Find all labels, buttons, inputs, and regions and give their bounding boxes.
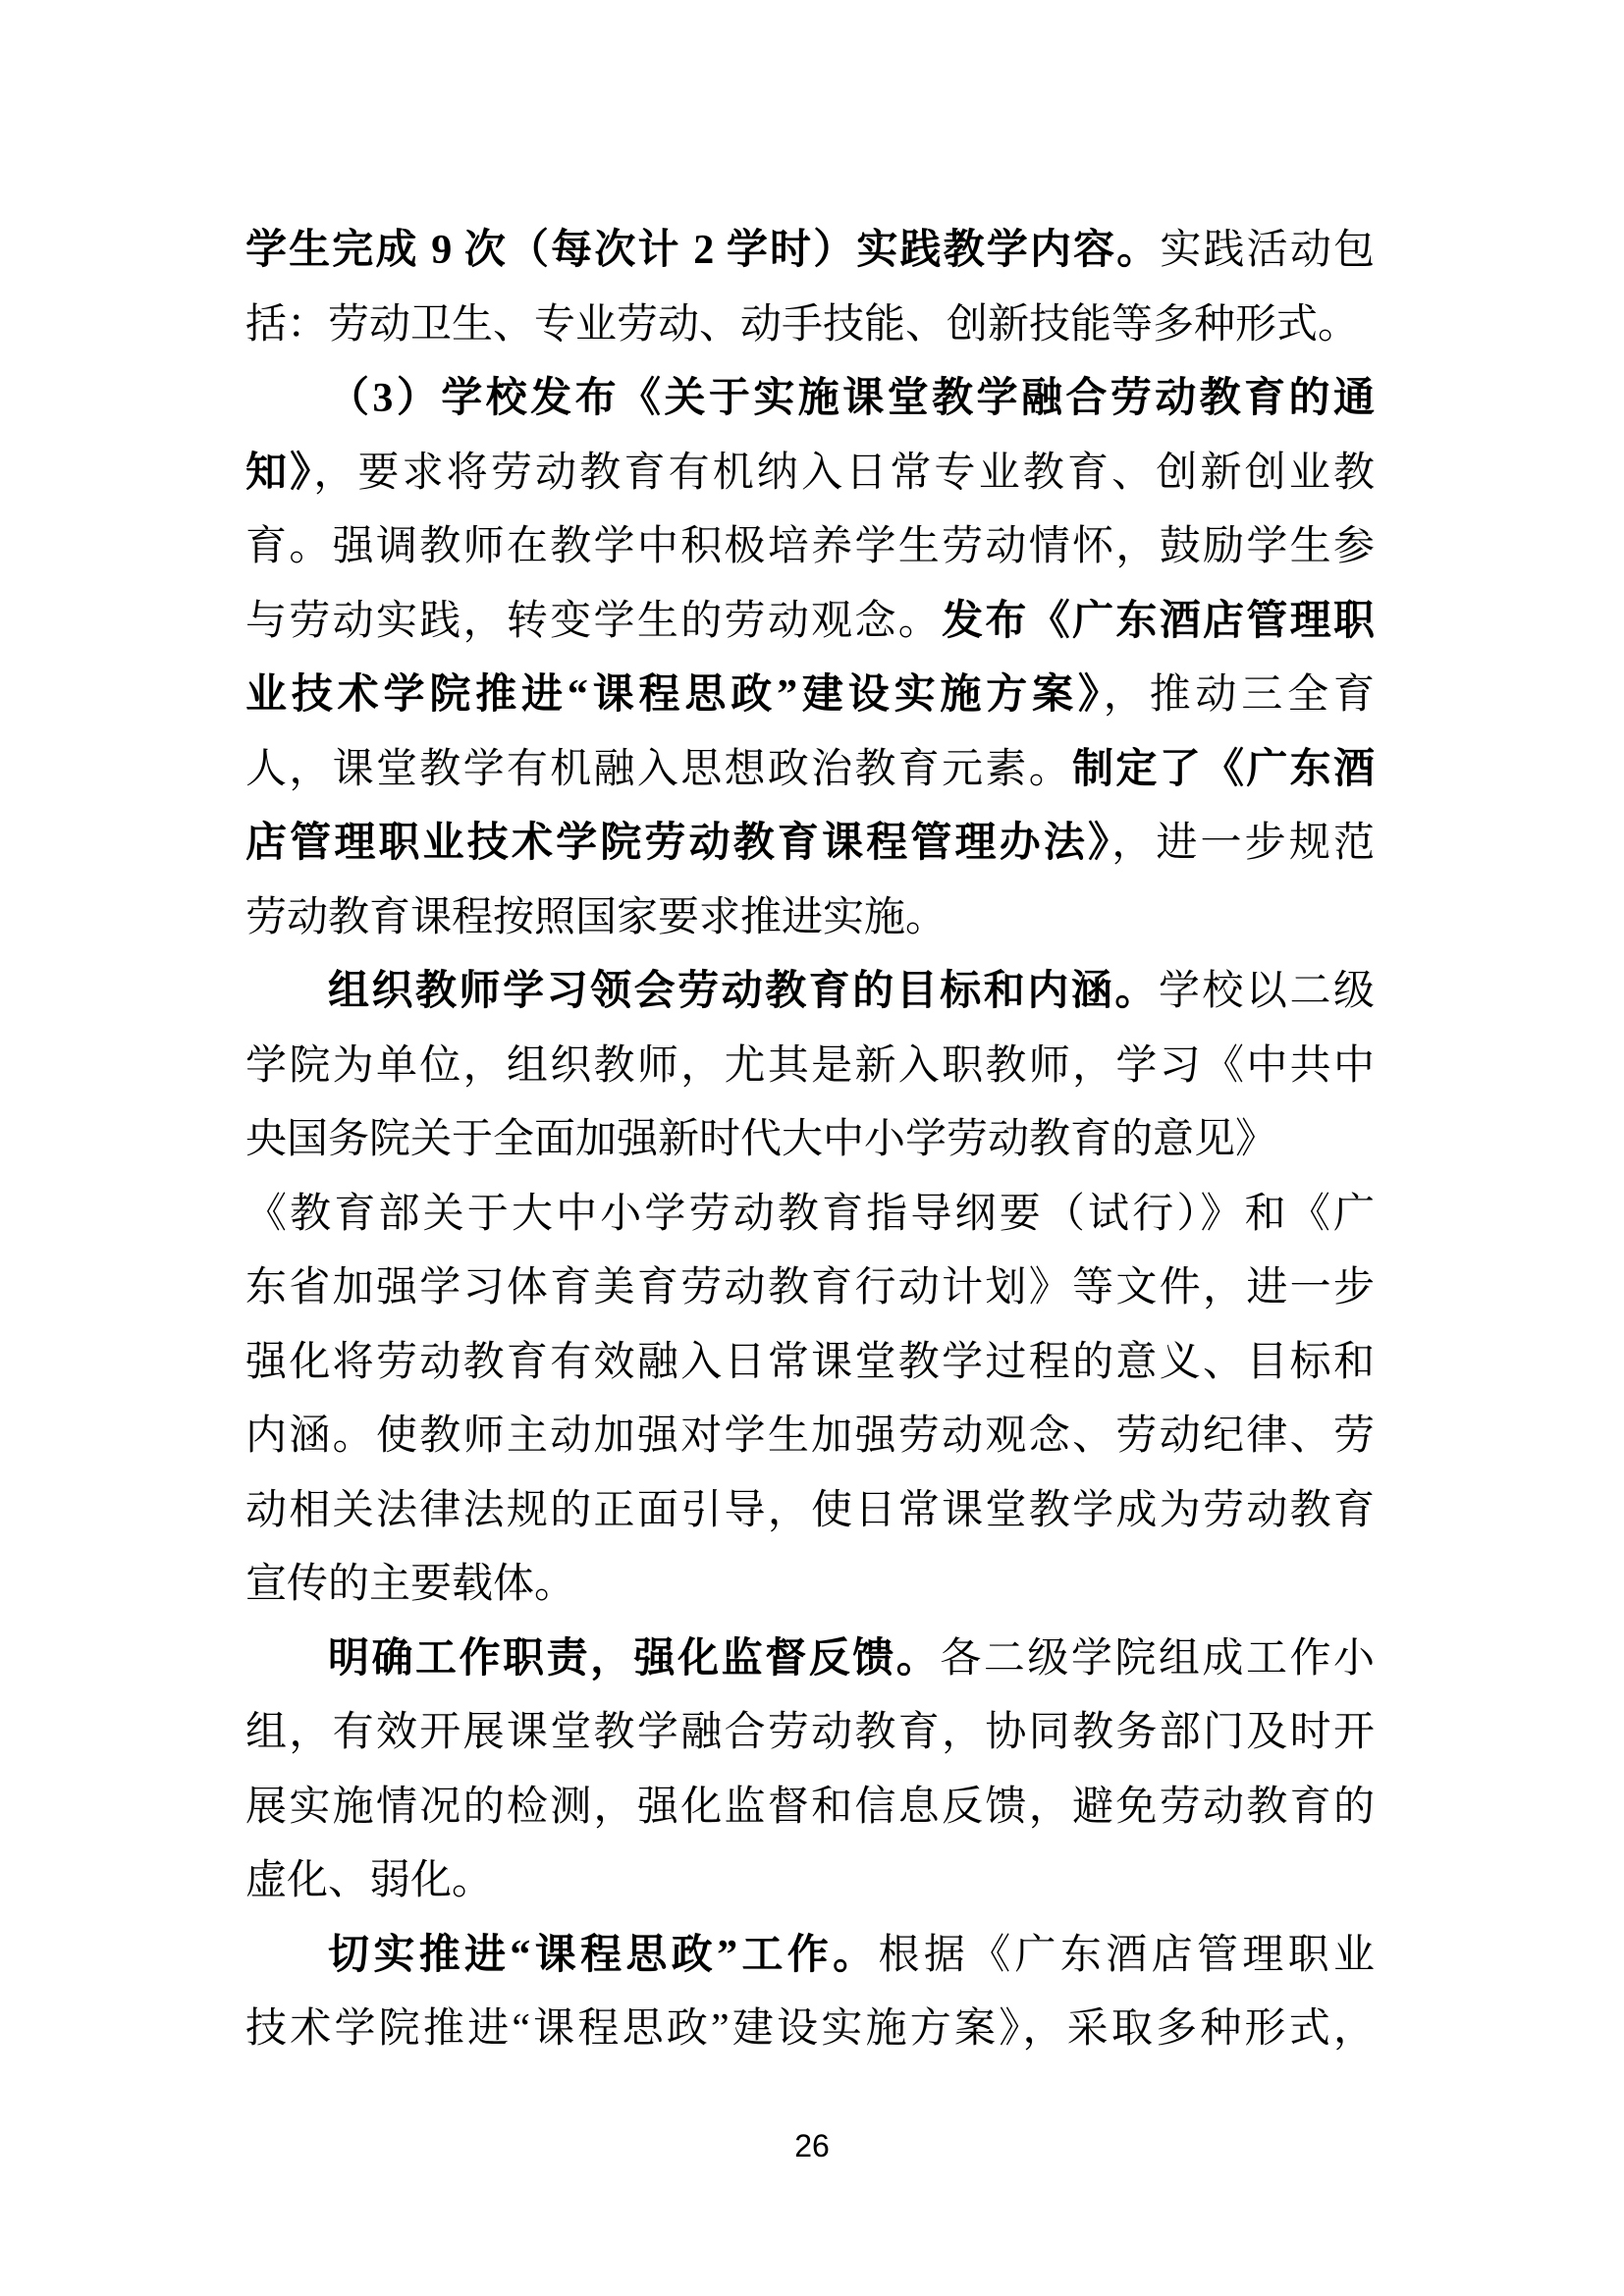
text-line: 学院为单位，组织教师，尤其是新入职教师，学习《中共中 (245, 1030, 1375, 1104)
bold-text-run: （3）学校发布《关于实施课堂教学融合劳动教育的通 (328, 376, 1375, 421)
text-line: 组织教师学习领会劳动教育的目标和内涵。学校以二级 (245, 955, 1375, 1030)
paragraph: 切实推进“课程思政”工作。根据《广东酒店管理职业技术学院推进“课程思政”建设实施… (245, 1919, 1375, 2067)
bold-text-run: 组织教师学习领会劳动教育的目标和内涵。 (328, 969, 1159, 1014)
text-run: 宣传的主要载体。 (245, 1562, 575, 1607)
text-line: 动相关法律法规的正面引导，使日常课堂教学成为劳动教育 (245, 1474, 1375, 1549)
text-line: 学生完成 9 次（每次计 2 学时）实践教学内容。实践活动包 (245, 214, 1375, 289)
text-run: ，推动三全育 (1104, 672, 1375, 718)
text-line: 组，有效开展课堂教学融合劳动教育，协同教务部门及时开 (245, 1696, 1375, 1771)
document-body: 学生完成 9 次（每次计 2 学时）实践教学内容。实践活动包括：劳动卫生、专业劳… (245, 214, 1375, 2067)
text-run: 动相关法律法规的正面引导，使日常课堂教学成为劳动教育 (245, 1488, 1375, 1533)
text-run: 展实施情况的检测，强化监督和信息反馈，避免劳动教育的 (245, 1785, 1375, 1830)
text-run: ，进一步规范 (1111, 821, 1375, 866)
text-run: 与劳动实践，转变学生的劳动观念。 (245, 599, 942, 644)
bold-text-run: 发布《广东酒店管理职 (942, 599, 1375, 644)
text-line: 括：劳动卫生、专业劳动、动手技能、创新技能等多种形式。 (245, 289, 1375, 363)
document-page: 学生完成 9 次（每次计 2 学时）实践教学内容。实践活动包括：劳动卫生、专业劳… (0, 0, 1624, 2296)
text-run: 育。强调教师在教学中积极培养学生劳动情怀，鼓励学生参 (245, 524, 1375, 569)
text-line: 强化将劳动教育有效融入日常课堂教学过程的意义、目标和 (245, 1326, 1375, 1401)
text-run: 强化将劳动教育有效融入日常课堂教学过程的意义、目标和 (245, 1340, 1375, 1385)
bold-text-run: 学生完成 9 次（每次计 2 学时）实践教学内容。 (245, 228, 1160, 273)
text-run: 人，课堂教学有机融入思想政治教育元素。 (245, 747, 1072, 792)
text-run: 各二级学院组成工作小 (940, 1636, 1375, 1682)
text-line: 店管理职业技术学院劳动教育课程管理办法》，进一步规范 (245, 807, 1375, 881)
bold-text-run: 店管理职业技术学院劳动教育课程管理办法》 (245, 821, 1111, 866)
text-run: 技术学院推进“课程思政”建设实施方案》，采取多种形式， (245, 2006, 1375, 2052)
bold-text-run: 明确工作职责，强化监督反馈。 (328, 1636, 940, 1682)
text-run: 虚化、弱化。 (245, 1858, 493, 1903)
text-line: 知》，要求将劳动教育有机纳入日常专业教育、创新创业教 (245, 437, 1375, 511)
page-footer: 26 (0, 2128, 1624, 2164)
text-run: 央国务院关于全面加强新时代大中小学劳动教育的意见》 (245, 1117, 1276, 1162)
text-line: 业技术学院推进“课程思政”建设实施方案》，推动三全育 (245, 659, 1375, 733)
text-run: ，要求将劳动教育有机纳入日常专业教育、创新创业教 (313, 451, 1375, 496)
text-line: 切实推进“课程思政”工作。根据《广东酒店管理职业 (245, 1919, 1375, 1994)
bold-text-run: 制定了《广东酒 (1072, 747, 1375, 792)
text-line: 东省加强学习体育美育劳动教育行动计划》等文件，进一步 (245, 1252, 1375, 1326)
text-run: 东省加强学习体育美育劳动教育行动计划》等文件，进一步 (245, 1265, 1375, 1310)
text-line: 劳动教育课程按照国家要求推进实施。 (245, 881, 1375, 956)
text-line: 内涵。使教师主动加强对学生加强劳动观念、劳动纪律、劳 (245, 1400, 1375, 1474)
bold-text-run: 业技术学院推进“课程思政”建设实施方案》 (245, 672, 1104, 718)
text-line: 明确工作职责，强化监督反馈。各二级学院组成工作小 (245, 1623, 1375, 1697)
text-line: 技术学院推进“课程思政”建设实施方案》，采取多种形式， (245, 1993, 1375, 2067)
bold-text-run: 知》 (245, 451, 313, 496)
text-line: 央国务院关于全面加强新时代大中小学劳动教育的意见》 (245, 1103, 1375, 1178)
text-run: 实践活动包 (1160, 228, 1375, 273)
bold-text-run: 切实推进“课程思政”工作。 (328, 1933, 879, 1978)
text-run: 内涵。使教师主动加强对学生加强劳动观念、劳动纪律、劳 (245, 1414, 1375, 1459)
text-run: 学院为单位，组织教师，尤其是新入职教师，学习《中共中 (245, 1043, 1375, 1089)
text-run: 《教育部关于大中小学劳动教育指导纲要（试行）》和《广 (245, 1192, 1375, 1237)
text-run: 学校以二级 (1159, 969, 1375, 1014)
text-line: 人，课堂教学有机融入思想政治教育元素。制定了《广东酒 (245, 733, 1375, 808)
paragraph: （3）学校发布《关于实施课堂教学融合劳动教育的通知》，要求将劳动教育有机纳入日常… (245, 362, 1375, 955)
text-line: 展实施情况的检测，强化监督和信息反馈，避免劳动教育的 (245, 1771, 1375, 1845)
paragraph: 组织教师学习领会劳动教育的目标和内涵。学校以二级学院为单位，组织教师，尤其是新入… (245, 955, 1375, 1623)
text-line: 宣传的主要载体。 (245, 1548, 1375, 1623)
text-run: 根据《广东酒店管理职业 (879, 1933, 1375, 1978)
text-line: 虚化、弱化。 (245, 1844, 1375, 1919)
text-run: 括：劳动卫生、专业劳动、动手技能、创新技能等多种形式。 (245, 302, 1359, 347)
text-run: 组，有效开展课堂教学融合劳动教育，协同教务部门及时开 (245, 1710, 1375, 1755)
text-run: 劳动教育课程按照国家要求推进实施。 (245, 895, 947, 940)
text-line: 与劳动实践，转变学生的劳动观念。发布《广东酒店管理职 (245, 585, 1375, 660)
text-line: 育。强调教师在教学中积极培养学生劳动情怀，鼓励学生参 (245, 510, 1375, 585)
page-number: 26 (794, 2128, 830, 2163)
paragraph: 明确工作职责，强化监督反馈。各二级学院组成工作小组，有效开展课堂教学融合劳动教育… (245, 1623, 1375, 1919)
text-line: 《教育部关于大中小学劳动教育指导纲要（试行）》和《广 (245, 1178, 1375, 1253)
paragraph: 学生完成 9 次（每次计 2 学时）实践教学内容。实践活动包括：劳动卫生、专业劳… (245, 214, 1375, 362)
text-line: （3）学校发布《关于实施课堂教学融合劳动教育的通 (245, 362, 1375, 437)
